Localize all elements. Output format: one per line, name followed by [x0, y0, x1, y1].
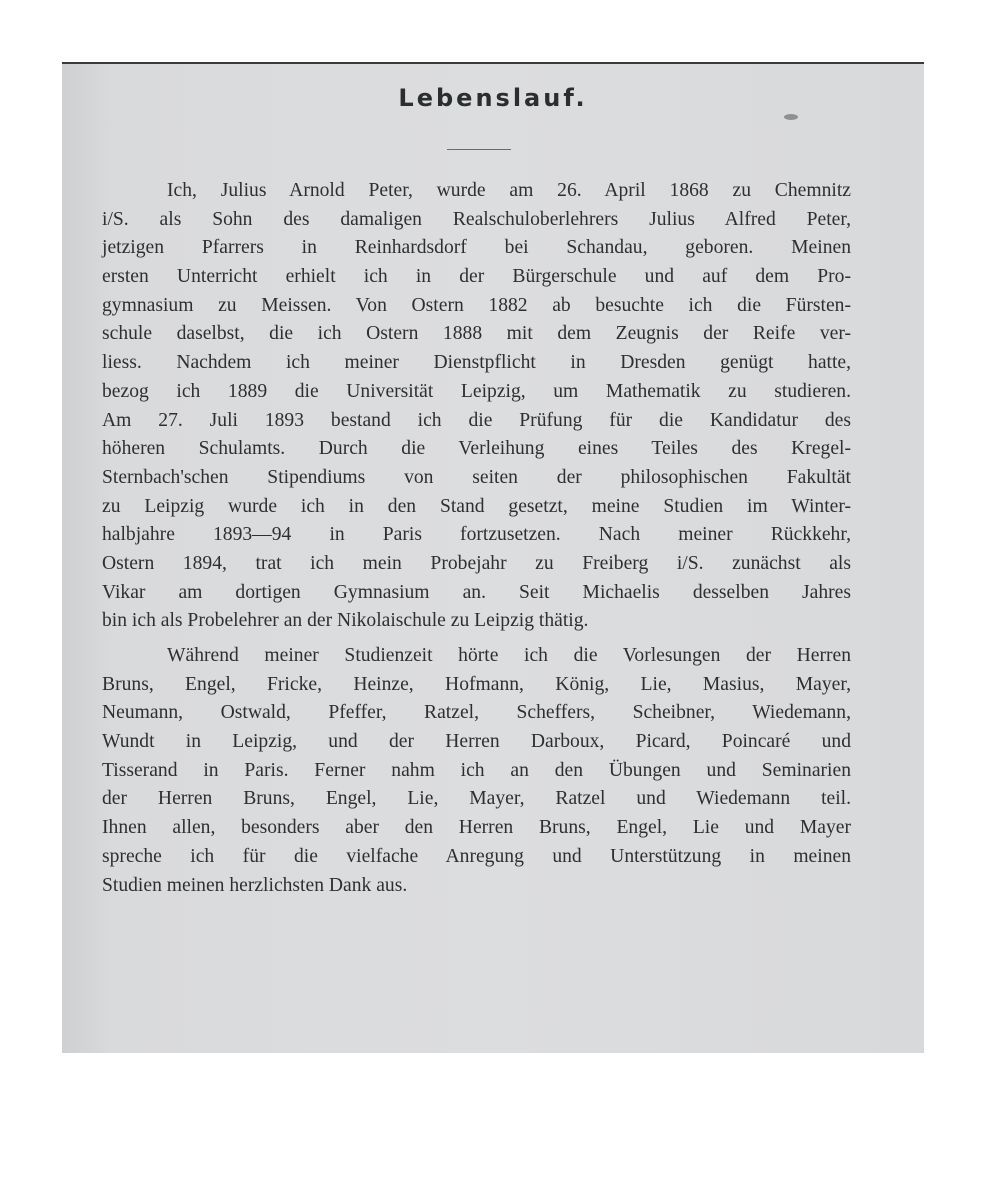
text-line: Ostern 1894, trat ich mein Probejahr zu …	[102, 550, 851, 579]
text-line: halbjahre 1893—94 in Paris fortzusetzen.…	[102, 521, 851, 550]
body-text: Ich, Julius Arnold Peter, wurde am 26. A…	[102, 177, 851, 900]
text-line: Ich, Julius Arnold Peter, wurde am 26. A…	[102, 177, 851, 206]
ink-speck	[784, 114, 798, 120]
text-line: ersten Unterricht erhielt ich in der Bür…	[102, 263, 851, 292]
text-line: Ihnen allen, besonders aber den Herren B…	[102, 814, 851, 843]
text-line: liess. Nachdem ich meiner Dienstpflicht …	[102, 349, 851, 378]
text-line: Sternbach'schen Stipendiums von seiten d…	[102, 464, 851, 493]
text-line: jetzigen Pfarrers in Reinhardsdorf bei S…	[102, 234, 851, 263]
text-line: Wundt in Leipzig, und der Herren Darboux…	[102, 728, 851, 757]
scanned-page: Lebenslauf. Ich, Julius Arnold Peter, wu…	[62, 62, 924, 1053]
text-line: Studien meinen herzlichsten Dank aus.	[102, 872, 851, 901]
text-line: bin ich als Probelehrer an der Nikolaisc…	[102, 607, 851, 636]
text-line: Neumann, Ostwald, Pfeffer, Ratzel, Schef…	[102, 699, 851, 728]
text-line: bezog ich 1889 die Universität Leipzig, …	[102, 378, 851, 407]
text-line: Während meiner Studienzeit hörte ich die…	[102, 642, 851, 671]
text-line: Vikar am dortigen Gymnasium an. Seit Mic…	[102, 579, 851, 608]
paragraph-2: Während meiner Studienzeit hörte ich die…	[102, 642, 851, 900]
text-line: zu Leipzig wurde ich in den Stand gesetz…	[102, 493, 851, 522]
page-title: Lebenslauf.	[62, 84, 924, 112]
text-line: schule daselbst, die ich Ostern 1888 mit…	[102, 320, 851, 349]
text-line: spreche ich für die vielfache Anregung u…	[102, 843, 851, 872]
text-line: gymnasium zu Meissen. Von Ostern 1882 ab…	[102, 292, 851, 321]
text-line: Tisserand in Paris. Ferner nahm ich an d…	[102, 757, 851, 786]
text-line: der Herren Bruns, Engel, Lie, Mayer, Rat…	[102, 785, 851, 814]
text-line: i/S. als Sohn des damaligen Realschulobe…	[102, 206, 851, 235]
text-line: höheren Schulamts. Durch die Verleihung …	[102, 435, 851, 464]
paragraph-1: Ich, Julius Arnold Peter, wurde am 26. A…	[102, 177, 851, 636]
text-line: Bruns, Engel, Fricke, Heinze, Hofmann, K…	[102, 671, 851, 700]
title-divider	[447, 149, 511, 150]
text-line: Am 27. Juli 1893 bestand ich die Prüfung…	[102, 407, 851, 436]
